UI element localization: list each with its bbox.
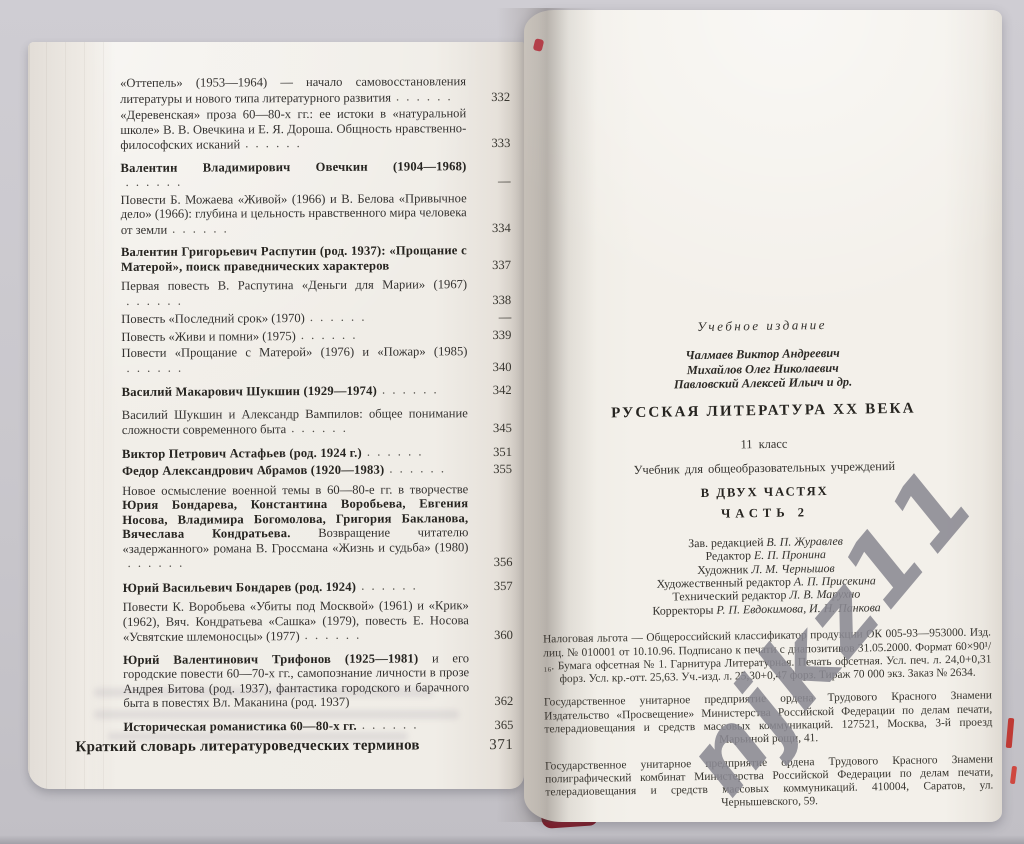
left-page: «Оттепель» (1953—1964) — начало самовосс…: [28, 42, 524, 789]
toc-entry: Юрий Васильевич Бондарев (род. 1924)357: [123, 577, 513, 595]
toc-entry-text: Виктор Петрович Астафьев (род. 1924 г.): [122, 445, 429, 461]
grade-line: 11 класс: [540, 433, 988, 455]
show-through-text: [108, 732, 408, 741]
dot-leader: [305, 628, 367, 640]
toc-entry-text: «Оттепель» (1953—1964) — начало самовосс…: [120, 74, 466, 105]
red-cover-edge: [1006, 718, 1015, 748]
toc-list: «Оттепель» (1953—1964) — начало самовосс…: [120, 72, 514, 756]
toc-page-number: 357: [473, 578, 513, 593]
dot-leader: [389, 461, 451, 473]
dot-leader: [367, 444, 429, 456]
toc-page-number: 351: [472, 444, 512, 459]
toc-page-number: 334: [471, 220, 511, 235]
toc-page-number: 332: [470, 89, 510, 104]
imprint-paragraph: Налоговая льгота — Общероссийский класси…: [543, 627, 992, 687]
toc-entry: Повести К. Воробьева «Убиты под Москвой»…: [123, 598, 513, 645]
dot-leader: [128, 556, 190, 568]
dot-leader: [310, 310, 372, 322]
imprint-paragraph: Государственное унитарное предприятие ор…: [545, 753, 994, 813]
toc-entry-text: Повести К. Воробьева «Убиты под Москвой»…: [123, 598, 469, 644]
toc-page-number: 345: [472, 421, 512, 436]
toc-entry: Федор Александрович Абрамов (1920—1983)3…: [122, 461, 512, 479]
toc-entry-text: Юрий Васильевич Бондарев (род. 1924): [123, 579, 424, 595]
toc-page-number: 337: [471, 257, 511, 272]
toc-entry: Первая повесть В. Распутина «Деньги для …: [121, 277, 511, 309]
toc-entry: «Деревенская» проза 60—80-х гг.: ее исто…: [120, 106, 510, 153]
toc-entry-text: Повести Б. Можаева «Живой» (1966) и В. Б…: [121, 191, 467, 237]
toc-entry: Повесть «Последний срок» (1970)—: [121, 309, 511, 327]
toc-page-number: 333: [470, 136, 510, 151]
toc-entry-text: Василий Макарович Шукшин (1929—1974): [122, 383, 444, 399]
toc-page-number: 342: [472, 383, 512, 398]
toc-entry: Валентин Григорьевич Распутин (род. 1937…: [121, 243, 511, 274]
table-edge: [0, 835, 1024, 844]
dot-leader: [396, 89, 458, 101]
part-number-line: ЧАСТЬ 2: [541, 502, 989, 524]
toc-entry: Василий Шукшин и Александр Вампилов: общ…: [122, 405, 512, 437]
dot-leader: [127, 360, 189, 372]
toc-page-number: 355: [472, 462, 512, 477]
toc-entry: «Оттепель» (1953—1964) — начало самовосс…: [120, 74, 510, 106]
colophon: Учебное издание Чалмаев Виктор Андреевич…: [538, 314, 994, 823]
book-title: РУССКАЯ ЛИТЕРАТУРА XX ВЕКА: [539, 399, 987, 423]
toc-entry-text: Валентин Григорьевич Распутин (род. 1937…: [121, 243, 467, 273]
dot-leader: [291, 421, 353, 433]
toc-entry: Повести Б. Можаева «Живой» (1966) и В. Б…: [121, 190, 511, 237]
dot-leader: [361, 578, 423, 590]
toc-page-number: 360: [473, 628, 513, 643]
toc-entry-text: Повесть «Живи и помни» (1975): [121, 328, 363, 343]
toc-entry: Виктор Петрович Астафьев (род. 1924 г.)3…: [122, 443, 512, 461]
toc-page-number: —: [471, 310, 511, 325]
toc-page-number: 339: [471, 327, 511, 342]
dot-leader: [245, 136, 307, 148]
toc-entry-text: Василий Шукшин и Александр Вампилов: общ…: [122, 406, 468, 437]
toc-page-number: 338: [471, 292, 511, 307]
toc-entry-text: Повести «Прощание с Матерой» (1976) и «П…: [121, 344, 467, 375]
toc-entry-text: Первая повесть В. Распутина «Деньги для …: [121, 277, 467, 308]
toc-entry-text: «Деревенская» проза 60—80-х гг.: ее исто…: [120, 106, 466, 152]
toc-page-number: 340: [472, 359, 512, 374]
page-stack-edge: [28, 42, 112, 789]
toc-entry-text: Федор Александрович Абрамов (1920—1983): [122, 462, 451, 478]
edition-note: Учебное издание: [538, 314, 986, 337]
imprint-block: Налоговая льгота — Общероссийский класси…: [543, 627, 994, 814]
toc-entry: Юрий Валентинович Трифонов (1925—1981) и…: [123, 650, 513, 710]
toc-entry-text: Юрий Валентинович Трифонов (1925—1981) и…: [123, 651, 469, 710]
toc-page-number: 362: [473, 694, 513, 709]
authors-block: Чалмаев Виктор Андреевич Михайлов Олег Н…: [538, 343, 987, 394]
toc-entry: Повести «Прощание с Матерой» (1976) и «П…: [121, 344, 511, 376]
show-through-text: [94, 710, 459, 719]
book-photo: «Оттепель» (1953—1964) — начало самовосс…: [0, 0, 1024, 844]
toc-entry: Повесть «Живи и помни» (1975)339: [121, 326, 511, 344]
toc-entry: Василий Макарович Шукшин (1929—1974)342: [122, 382, 512, 400]
dot-leader: [382, 382, 444, 394]
toc-entry-text: Повесть «Последний срок» (1970): [121, 311, 372, 326]
dot-leader: [172, 221, 234, 233]
toc-entry-text: Новое осмысление военной темы в 60—80-е …: [122, 482, 468, 571]
dot-leader: [126, 175, 188, 187]
parts-line: В ДВУХ ЧАСТЯХ: [541, 481, 989, 503]
toc-page-number: 371: [473, 737, 513, 754]
subtitle-line: Учебник для общеобразовательных учрежден…: [540, 457, 988, 479]
staff-list: Зав. редакцией В. П. ЖуравлевРедактор Е.…: [541, 532, 990, 619]
dot-leader: [126, 293, 188, 305]
toc-page-number: 365: [473, 717, 513, 732]
red-cover-edge: [1010, 766, 1017, 784]
dot-leader: [301, 327, 363, 339]
toc-entry: Новое осмысление военной темы в 60—80-е …: [122, 481, 512, 571]
toc-entry-text: Валентин Владимирович Овечкин (1904—1968…: [120, 159, 466, 190]
toc-page-number: —: [471, 174, 511, 189]
toc-entry: Валентин Владимирович Овечкин (1904—1968…: [120, 158, 510, 190]
right-page: Учебное издание Чалмаев Виктор Андреевич…: [524, 10, 1002, 822]
show-through-text: [94, 688, 434, 697]
toc-page-number: 356: [473, 555, 513, 570]
imprint-paragraph: Государственное унитарное предприятие ор…: [544, 690, 993, 750]
